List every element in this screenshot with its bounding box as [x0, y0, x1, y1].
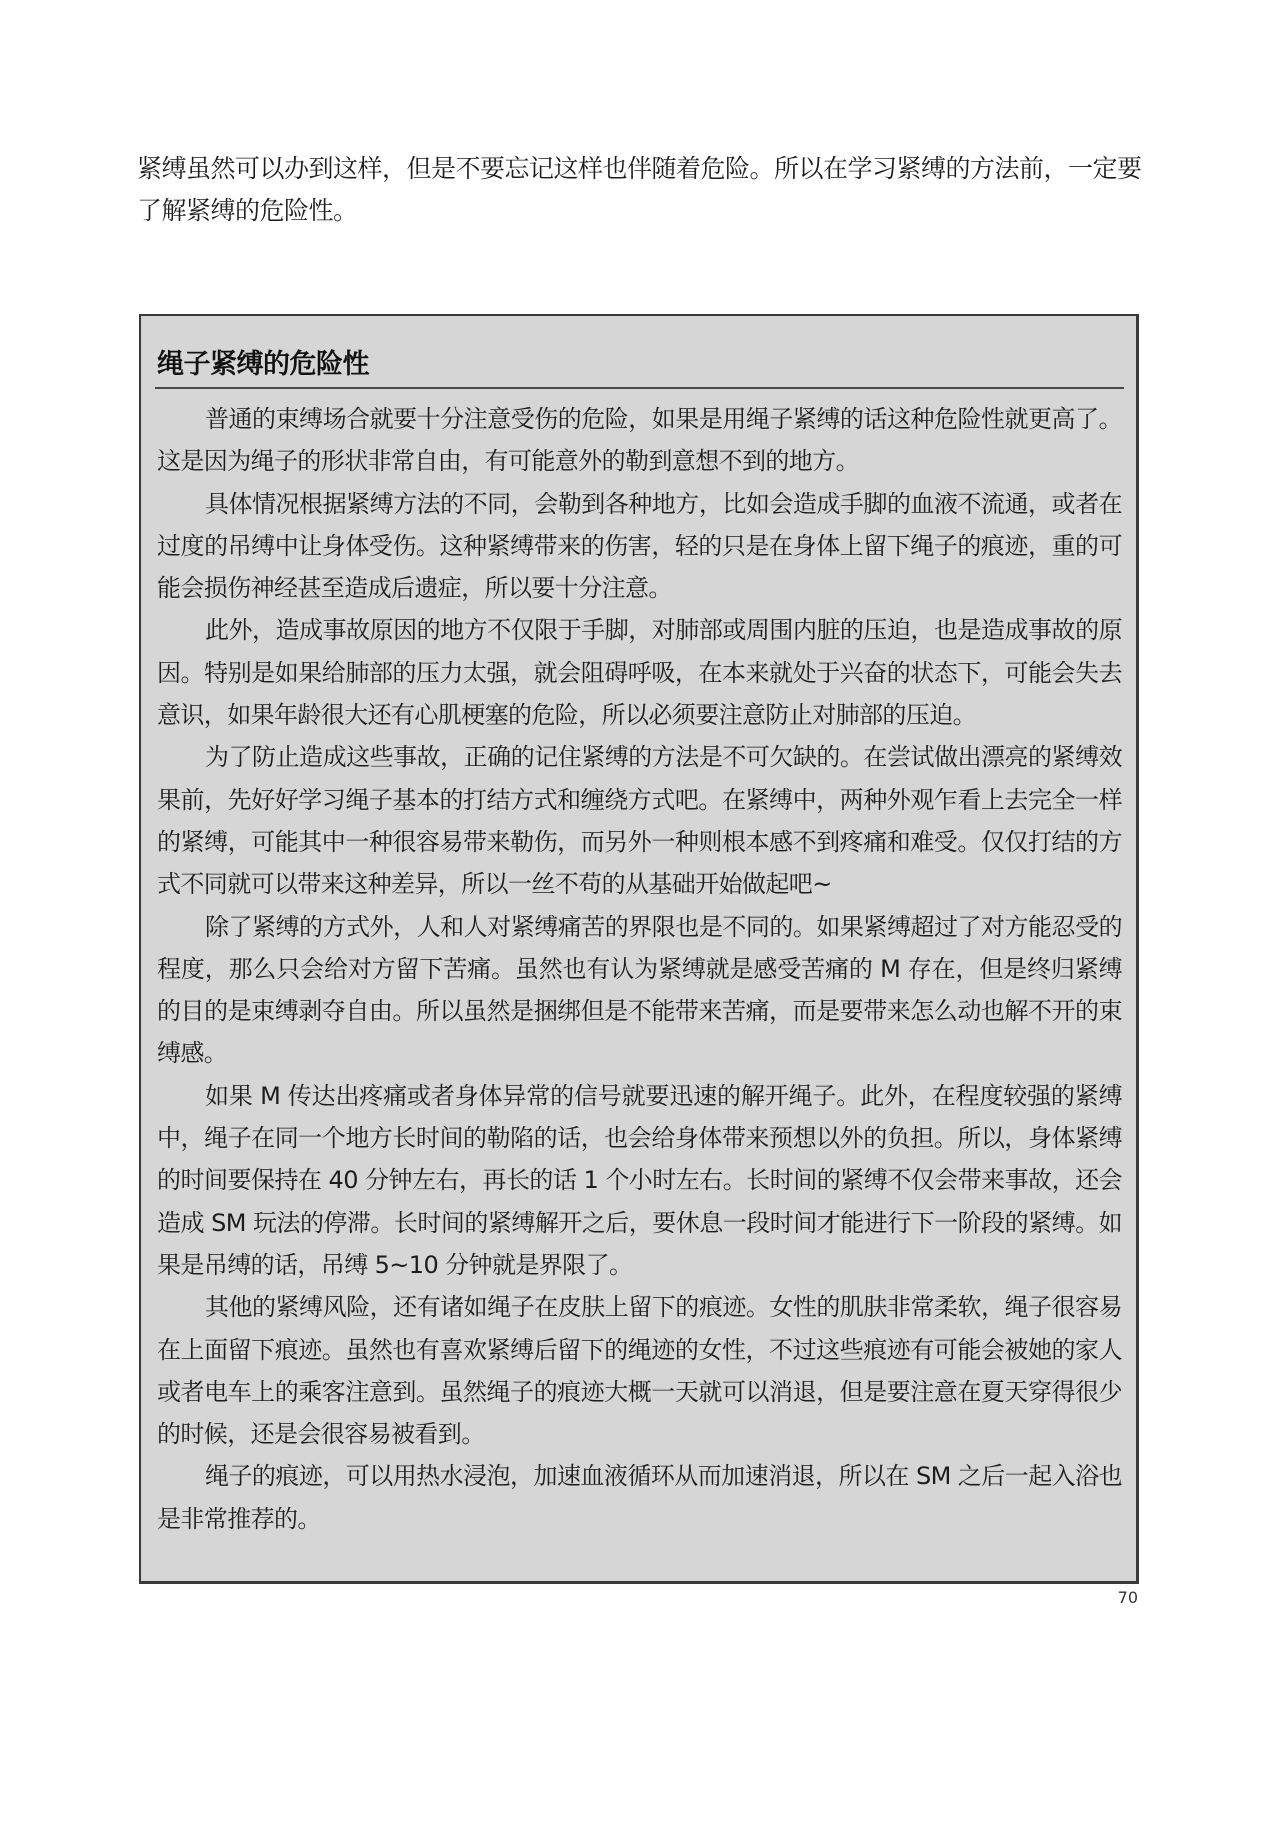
box-paragraph: 除了紧缚的方式外，人和人对紧缚痛苦的界限也是不同的。如果紧缚超过了对方能忍受的程… [157, 906, 1122, 1075]
box-paragraph: 普通的束缚场合就要十分注意受伤的危险，如果是用绳子紧缚的话这种危险性就更高了。这… [157, 398, 1122, 483]
box-paragraph: 如果 M 传达出疼痛或者身体异常的信号就要迅速的解开绳子。此外，在程度较强的紧缚… [157, 1075, 1122, 1286]
title-divider [155, 387, 1124, 389]
sidebar-box: 绳子紧缚的危险性 普通的束缚场合就要十分注意受伤的危险，如果是用绳子紧缚的话这种… [139, 314, 1139, 1584]
box-body: 普通的束缚场合就要十分注意受伤的危险，如果是用绳子紧缚的话这种危险性就更高了。这… [157, 398, 1122, 1540]
box-paragraph: 为了防止造成这些事故，正确的记住紧缚的方法是不可欠缺的。在尝试做出漂亮的紧缚效果… [157, 736, 1122, 905]
intro-paragraph: 紧缚虽然可以办到这样，但是不要忘记这样也伴随着危险。所以在学习紧缚的方法前，一定… [137, 148, 1147, 232]
page-number: 70 [1110, 1588, 1138, 1607]
box-paragraph: 其他的紧缚风险，还有诸如绳子在皮肤上留下的痕迹。女性的肌肤非常柔软，绳子很容易在… [157, 1286, 1122, 1455]
box-paragraph: 具体情况根据紧缚方法的不同，会勒到各种地方，比如会造成手脚的血液不流通，或者在过… [157, 483, 1122, 610]
box-paragraph: 此外，造成事故原因的地方不仅限于手脚，对肺部或周围内脏的压迫，也是造成事故的原因… [157, 609, 1122, 736]
box-paragraph: 绳子的痕迹，可以用热水浸泡，加速血液循环从而加速消退，所以在 SM 之后一起入浴… [157, 1455, 1122, 1540]
box-title: 绳子紧缚的危险性 [157, 342, 369, 381]
